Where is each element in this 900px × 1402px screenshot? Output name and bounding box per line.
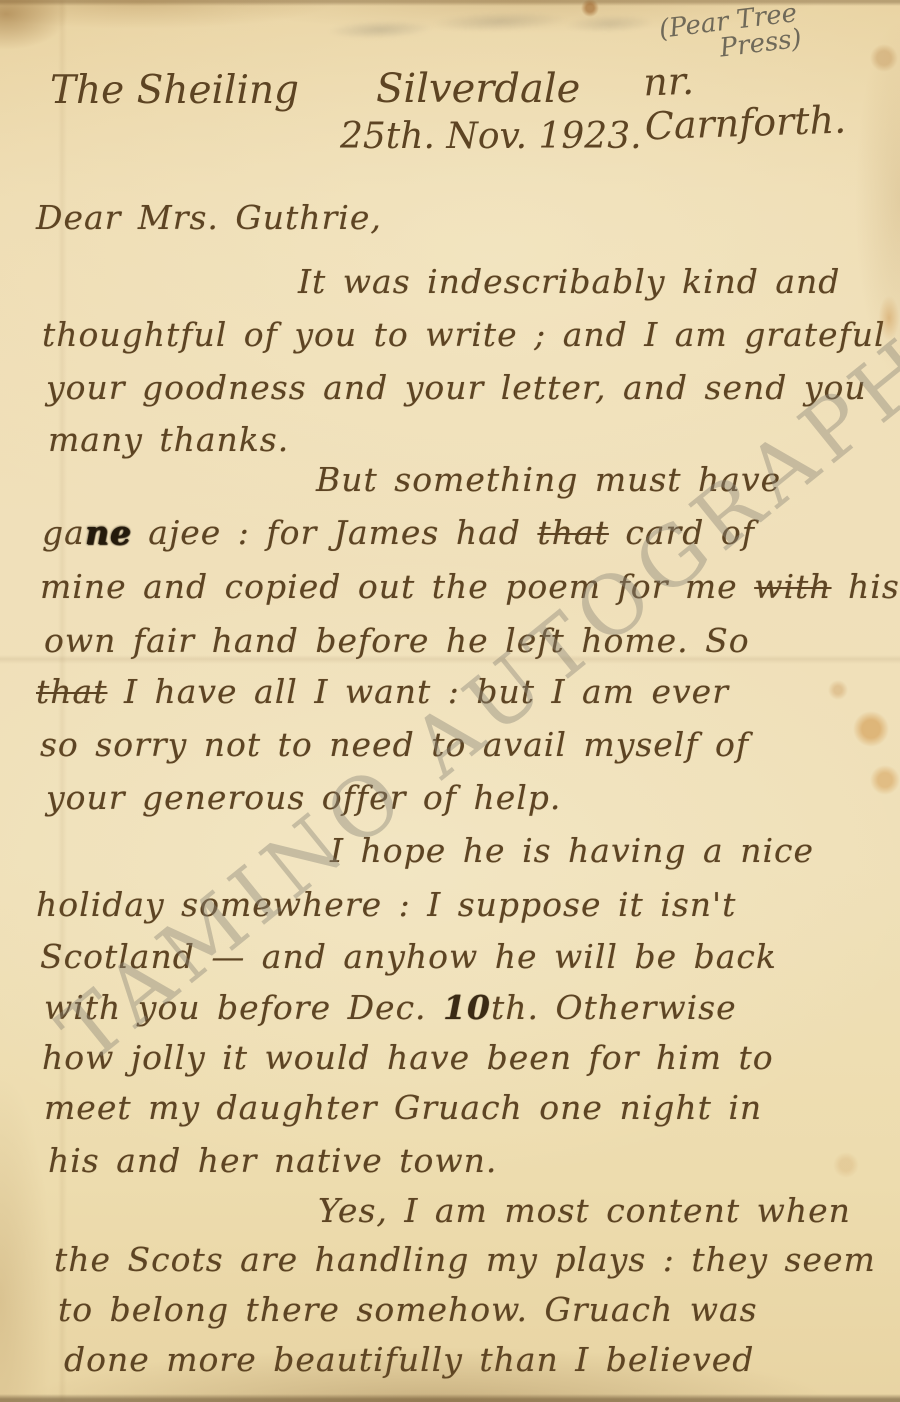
line-text: your generous offer of help. xyxy=(46,778,561,817)
line-text: how jolly it would have been for him to xyxy=(42,1038,774,1077)
letter-line: to belong there somehow. Gruach was xyxy=(58,1290,758,1329)
line-text: But something must have xyxy=(316,460,781,499)
letter-line: holiday somewhere : I suppose it isn't xyxy=(36,885,736,924)
line-text: holiday somewhere : I suppose it isn't xyxy=(36,885,736,924)
line-text: It was indescribably kind and xyxy=(298,262,840,301)
ink-blotted-word: ne xyxy=(85,513,132,552)
line-text: to belong there somehow. Gruach was xyxy=(58,1290,758,1329)
line-text: meet my daughter Gruach one night in xyxy=(44,1088,762,1127)
letter-line: Yes, I am most content when xyxy=(318,1191,851,1230)
struck-out-word: with xyxy=(754,567,831,606)
line-text: the Scots are handling my plays : they s… xyxy=(54,1240,876,1279)
line-text: I have all I want : but I am ever xyxy=(107,672,729,711)
line-text: so sorry not to need to avail myself of xyxy=(40,725,749,764)
line-text: his and her native town. xyxy=(48,1141,497,1180)
letter-line: how jolly it would have been for him to xyxy=(42,1038,774,1077)
line-text: ga xyxy=(42,513,85,552)
letter-line: mine and copied out the poem for me with… xyxy=(40,567,900,606)
letter-line: that I have all I want : but I am ever xyxy=(36,672,729,711)
line-text: your goodness and your letter, and send … xyxy=(46,368,867,407)
line-text: mine and copied out the poem for me xyxy=(40,567,754,606)
letter-line: own fair hand before he left home. So xyxy=(44,621,750,660)
letter-line: many thanks. xyxy=(48,420,289,459)
struck-out-word: that xyxy=(537,513,608,552)
letter-line: I hope he is having a nice xyxy=(330,831,814,870)
letter-line: Scotland — and anyhow he will be back xyxy=(40,937,777,976)
line-text: th. Otherwise xyxy=(491,988,737,1027)
letter-line: his and her native town. xyxy=(48,1141,497,1180)
line-text: Dear Mrs. Guthrie, xyxy=(36,198,382,237)
letter-line: thoughtful of you to write ; and I am gr… xyxy=(42,315,900,354)
letter-page: (Pear Tree Press) The Sheiling Silverdal… xyxy=(0,0,900,1402)
letter-line: the Scots are handling my plays : they s… xyxy=(54,1240,876,1279)
letter-line: your goodness and your letter, and send … xyxy=(46,368,867,407)
line-text: Yes, I am most content when xyxy=(318,1191,851,1230)
struck-out-word: that xyxy=(36,672,107,711)
letter-line: with you before Dec. 10th. Otherwise xyxy=(44,988,737,1027)
line-text: I hope he is having a nice xyxy=(330,831,814,870)
letter-line: done more beautifully than I believed xyxy=(64,1340,754,1379)
letter-line: your generous offer of help. xyxy=(46,778,561,817)
letter-line: gane ajee : for James had that card of xyxy=(42,513,755,552)
line-text: done more beautifully than I believed xyxy=(64,1340,754,1379)
letter-line: meet my daughter Gruach one night in xyxy=(44,1088,762,1127)
letter-line: It was indescribably kind and xyxy=(298,262,840,301)
line-text: his xyxy=(832,567,900,606)
letter-line: Dear Mrs. Guthrie, xyxy=(36,198,382,237)
line-text: card of xyxy=(609,513,755,552)
letter-line: But something must have xyxy=(316,460,781,499)
line-text: Scotland — and anyhow he will be back xyxy=(40,937,777,976)
line-text: many thanks. xyxy=(48,420,289,459)
line-text: ajee : for James had xyxy=(132,513,538,552)
line-text: thoughtful of you to write ; and I am gr… xyxy=(42,315,900,354)
line-text: with you before Dec. xyxy=(44,988,443,1027)
line-text: 10 xyxy=(443,988,491,1027)
line-text: own fair hand before he left home. So xyxy=(44,621,750,660)
letter-body: Dear Mrs. Guthrie,It was indescribably k… xyxy=(0,0,900,1402)
letter-line: so sorry not to need to avail myself of xyxy=(40,725,749,764)
